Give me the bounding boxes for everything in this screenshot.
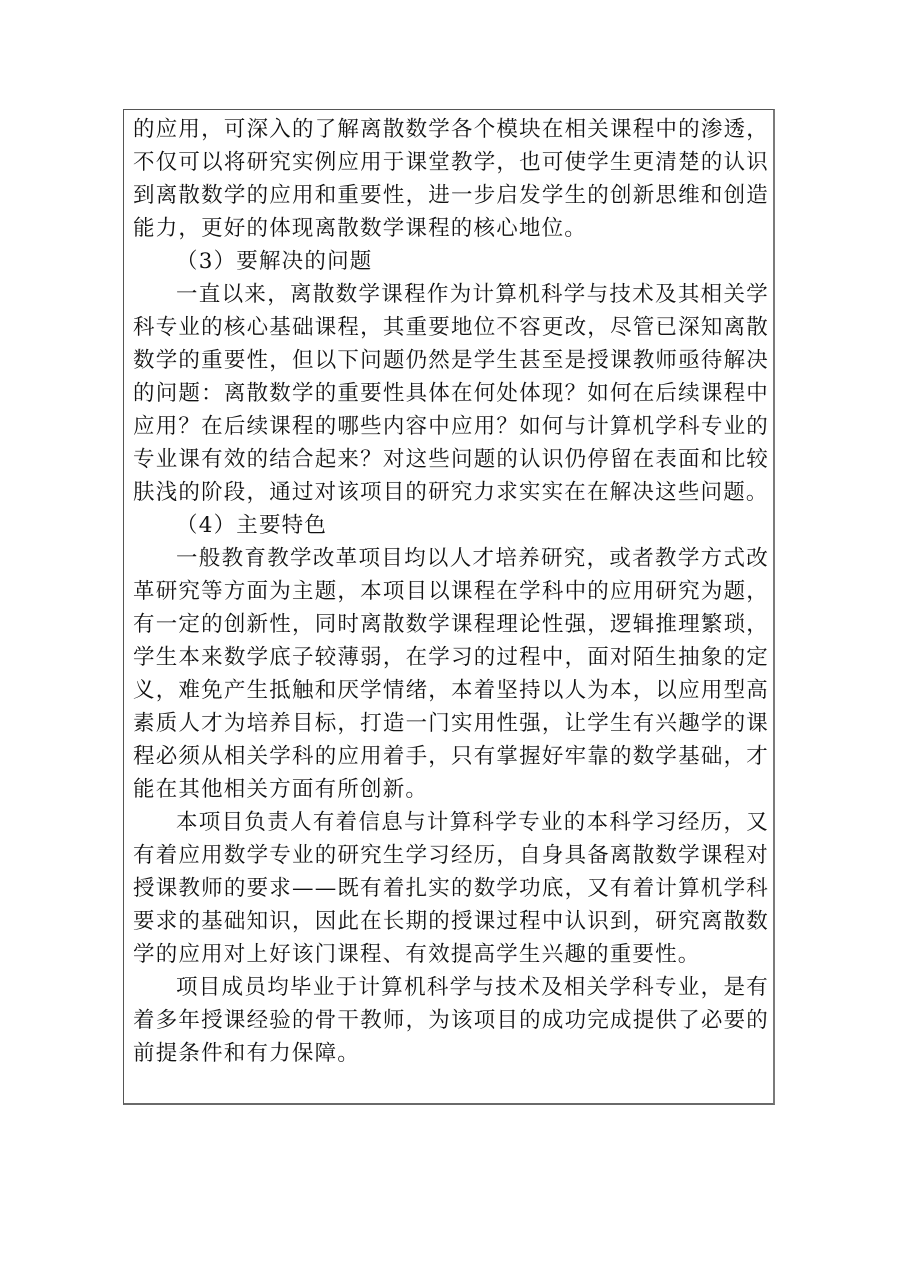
paragraph-problems: 一直以来，离散数学课程作为计算机科学与技术及其相关学科专业的核心基础课程，其重要…	[133, 278, 769, 509]
paragraph-continuation: 的应用，可深入的了解离散数学各个模块在相关课程中的渗透，不仅可以将研究实例应用于…	[133, 113, 769, 245]
document-content: 的应用，可深入的了解离散数学各个模块在相关课程中的渗透，不仅可以将研究实例应用于…	[133, 113, 769, 1070]
paragraph-project-leader: 本项目负责人有着信息与计算科学专业的本科学习经历，又有着应用数学专业的研究生学习…	[133, 806, 769, 971]
paragraph-project-members: 项目成员均毕业于计算机科学与技术及相关学科专业，是有着多年授课经验的骨干教师，为…	[133, 971, 769, 1070]
paragraph-features: 一般教育教学改革项目均以人才培养研究，或者教学方式改革研究等方面为主题，本项目以…	[133, 542, 769, 806]
document-table-cell: 的应用，可深入的了解离散数学各个模块在相关课程中的渗透，不仅可以将研究实例应用于…	[123, 109, 775, 1105]
section-heading-problems: （3）要解决的问题	[133, 245, 769, 278]
section-heading-features: （4）主要特色	[133, 509, 769, 542]
